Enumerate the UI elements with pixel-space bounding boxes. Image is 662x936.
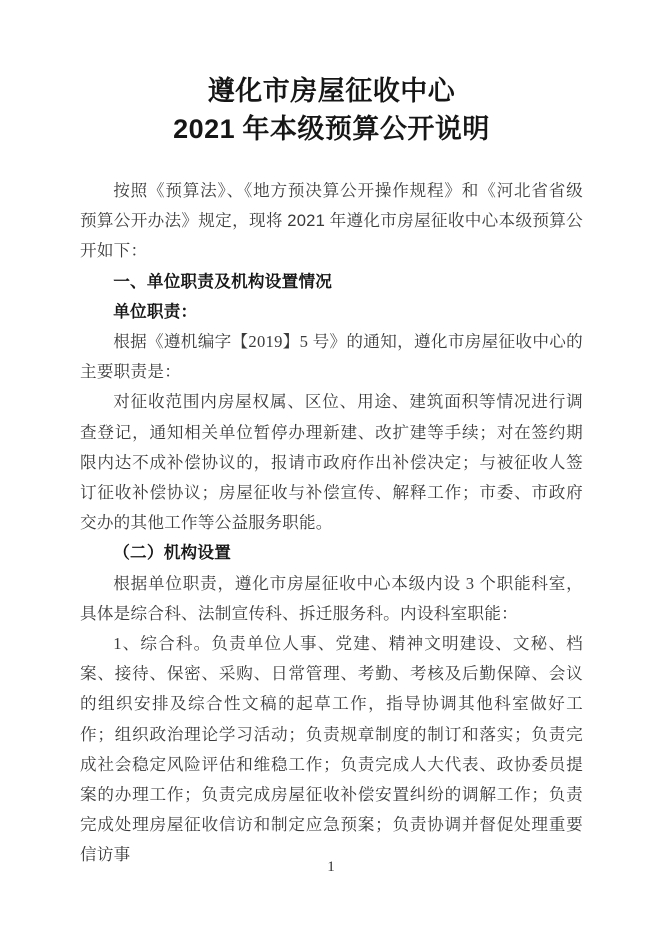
title-line-2-text: 年本级预算公开说明 [235, 114, 490, 144]
org-division-1-paragraph: 1、综合科。负责单位人事、党建、精神文明建设、文秘、档案、接待、保密、采购、日常… [80, 629, 583, 871]
title-line-2: 2021 年本级预算公开说明 [80, 110, 583, 148]
page-number: 1 [0, 858, 662, 876]
document-title: 遵化市房屋征收中心 2021 年本级预算公开说明 [80, 72, 583, 148]
duties-detail-paragraph: 对征收范围内房屋权属、区位、用途、建筑面积等情况进行调查登记，通知相关单位暂停办… [80, 387, 583, 538]
title-line-1: 遵化市房屋征收中心 [80, 72, 583, 110]
unit-duties-heading: 单位职责： [80, 297, 583, 327]
org-overview-paragraph: 根据单位职责，遵化市房屋征收中心本级内设 3 个职能科室，具体是综合科、法制宣传… [80, 569, 583, 629]
document-page: 遵化市房屋征收中心 2021 年本级预算公开说明 按照《预算法》、《地方预决算公… [0, 0, 662, 936]
section-1-heading: 一、单位职责及机构设置情况 [80, 267, 583, 297]
intro-year-number: 2021 [287, 211, 325, 230]
duties-basis-paragraph: 根据《遵机编字【2019】5 号》的通知，遵化市房屋征收中心的主要职责是： [80, 327, 583, 387]
document-body: 按照《预算法》、《地方预决算公开操作规程》和《河北省省级预算公开办法》规定，现将… [80, 176, 583, 871]
intro-paragraph: 按照《预算法》、《地方预决算公开操作规程》和《河北省省级预算公开办法》规定，现将… [80, 176, 583, 267]
section-2-heading: （二）机构设置 [80, 538, 583, 568]
document-content: 遵化市房屋征收中心 2021 年本级预算公开说明 按照《预算法》、《地方预决算公… [80, 0, 583, 871]
title-year-number: 2021 [173, 114, 235, 144]
